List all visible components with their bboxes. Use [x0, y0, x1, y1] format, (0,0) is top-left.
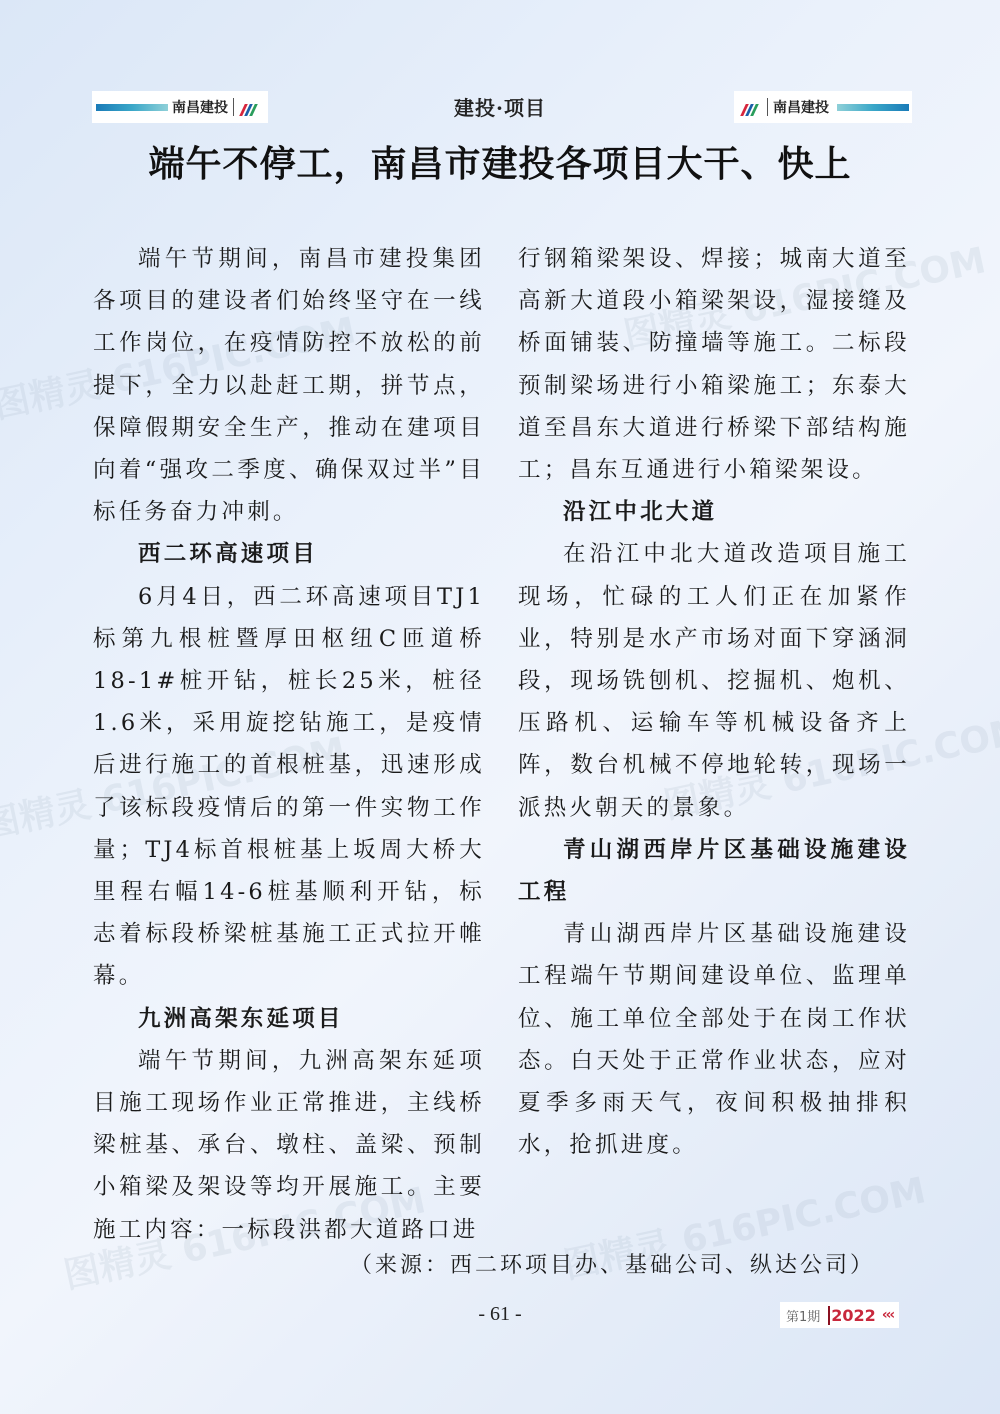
company-logo-icon [740, 97, 762, 117]
intro-paragraph: 端午节期间，南昌市建投集团各项目的建设者们始终坚守在一线工作岗位，在疫情防控不放… [93, 238, 485, 533]
section-body: 6月4日，西二环高速项目TJ1标第九根桩暨厚田枢纽C匝道桥18-1#桩开钻，桩长… [93, 576, 485, 998]
article-title: 端午不停工，南昌市建投各项目大干、快上 [0, 136, 1000, 187]
article-source: （来源：西二环项目办、基础公司、纵达公司） [350, 1248, 875, 1279]
section-heading: 沿江中北大道 [518, 491, 910, 533]
chevrons-left-icon: ‹‹‹ [882, 1307, 893, 1323]
section-body: 青山湖西岸片区基础设施建设工程端午节期间建设单位、监理单位、施工单位全部处于在岗… [518, 913, 910, 1166]
issue-badge: 第1期 2022 ‹‹‹ [780, 1302, 899, 1328]
section-heading: 西二环高速项目 [93, 533, 485, 575]
logo-separator [767, 98, 768, 116]
header-logo-right: 南昌建投 [734, 91, 912, 123]
logo-bar [837, 104, 909, 111]
article-column-right: 行钢箱梁架设、焊接；城南大道至高新大道段小箱梁架设，湿接缝及桥面铺装、防撞墙等施… [518, 238, 910, 1166]
section-heading: 青山湖西岸片区基础设施建设工程 [518, 829, 910, 913]
issue-number: 第1期 [786, 1306, 820, 1325]
article-column-left: 端午节期间，南昌市建投集团各项目的建设者们始终坚守在一线工作岗位，在疫情防控不放… [93, 238, 485, 1251]
issue-year: 2022 [828, 1306, 876, 1325]
section-heading: 九洲高架东延项目 [93, 998, 485, 1040]
section-body-continued: 行钢箱梁架设、焊接；城南大道至高新大道段小箱梁架设，湿接缝及桥面铺装、防撞墙等施… [518, 238, 910, 491]
logo-text: 南昌建投 [773, 97, 829, 117]
section-body: 端午节期间，九洲高架东延项目施工现场作业正常推进，主线桥梁桩基、承台、墩柱、盖梁… [93, 1040, 485, 1251]
section-body: 在沿江中北大道改造项目施工现场，忙碌的工人们正在加紧作业，特别是水产市场对面下穿… [518, 533, 910, 828]
